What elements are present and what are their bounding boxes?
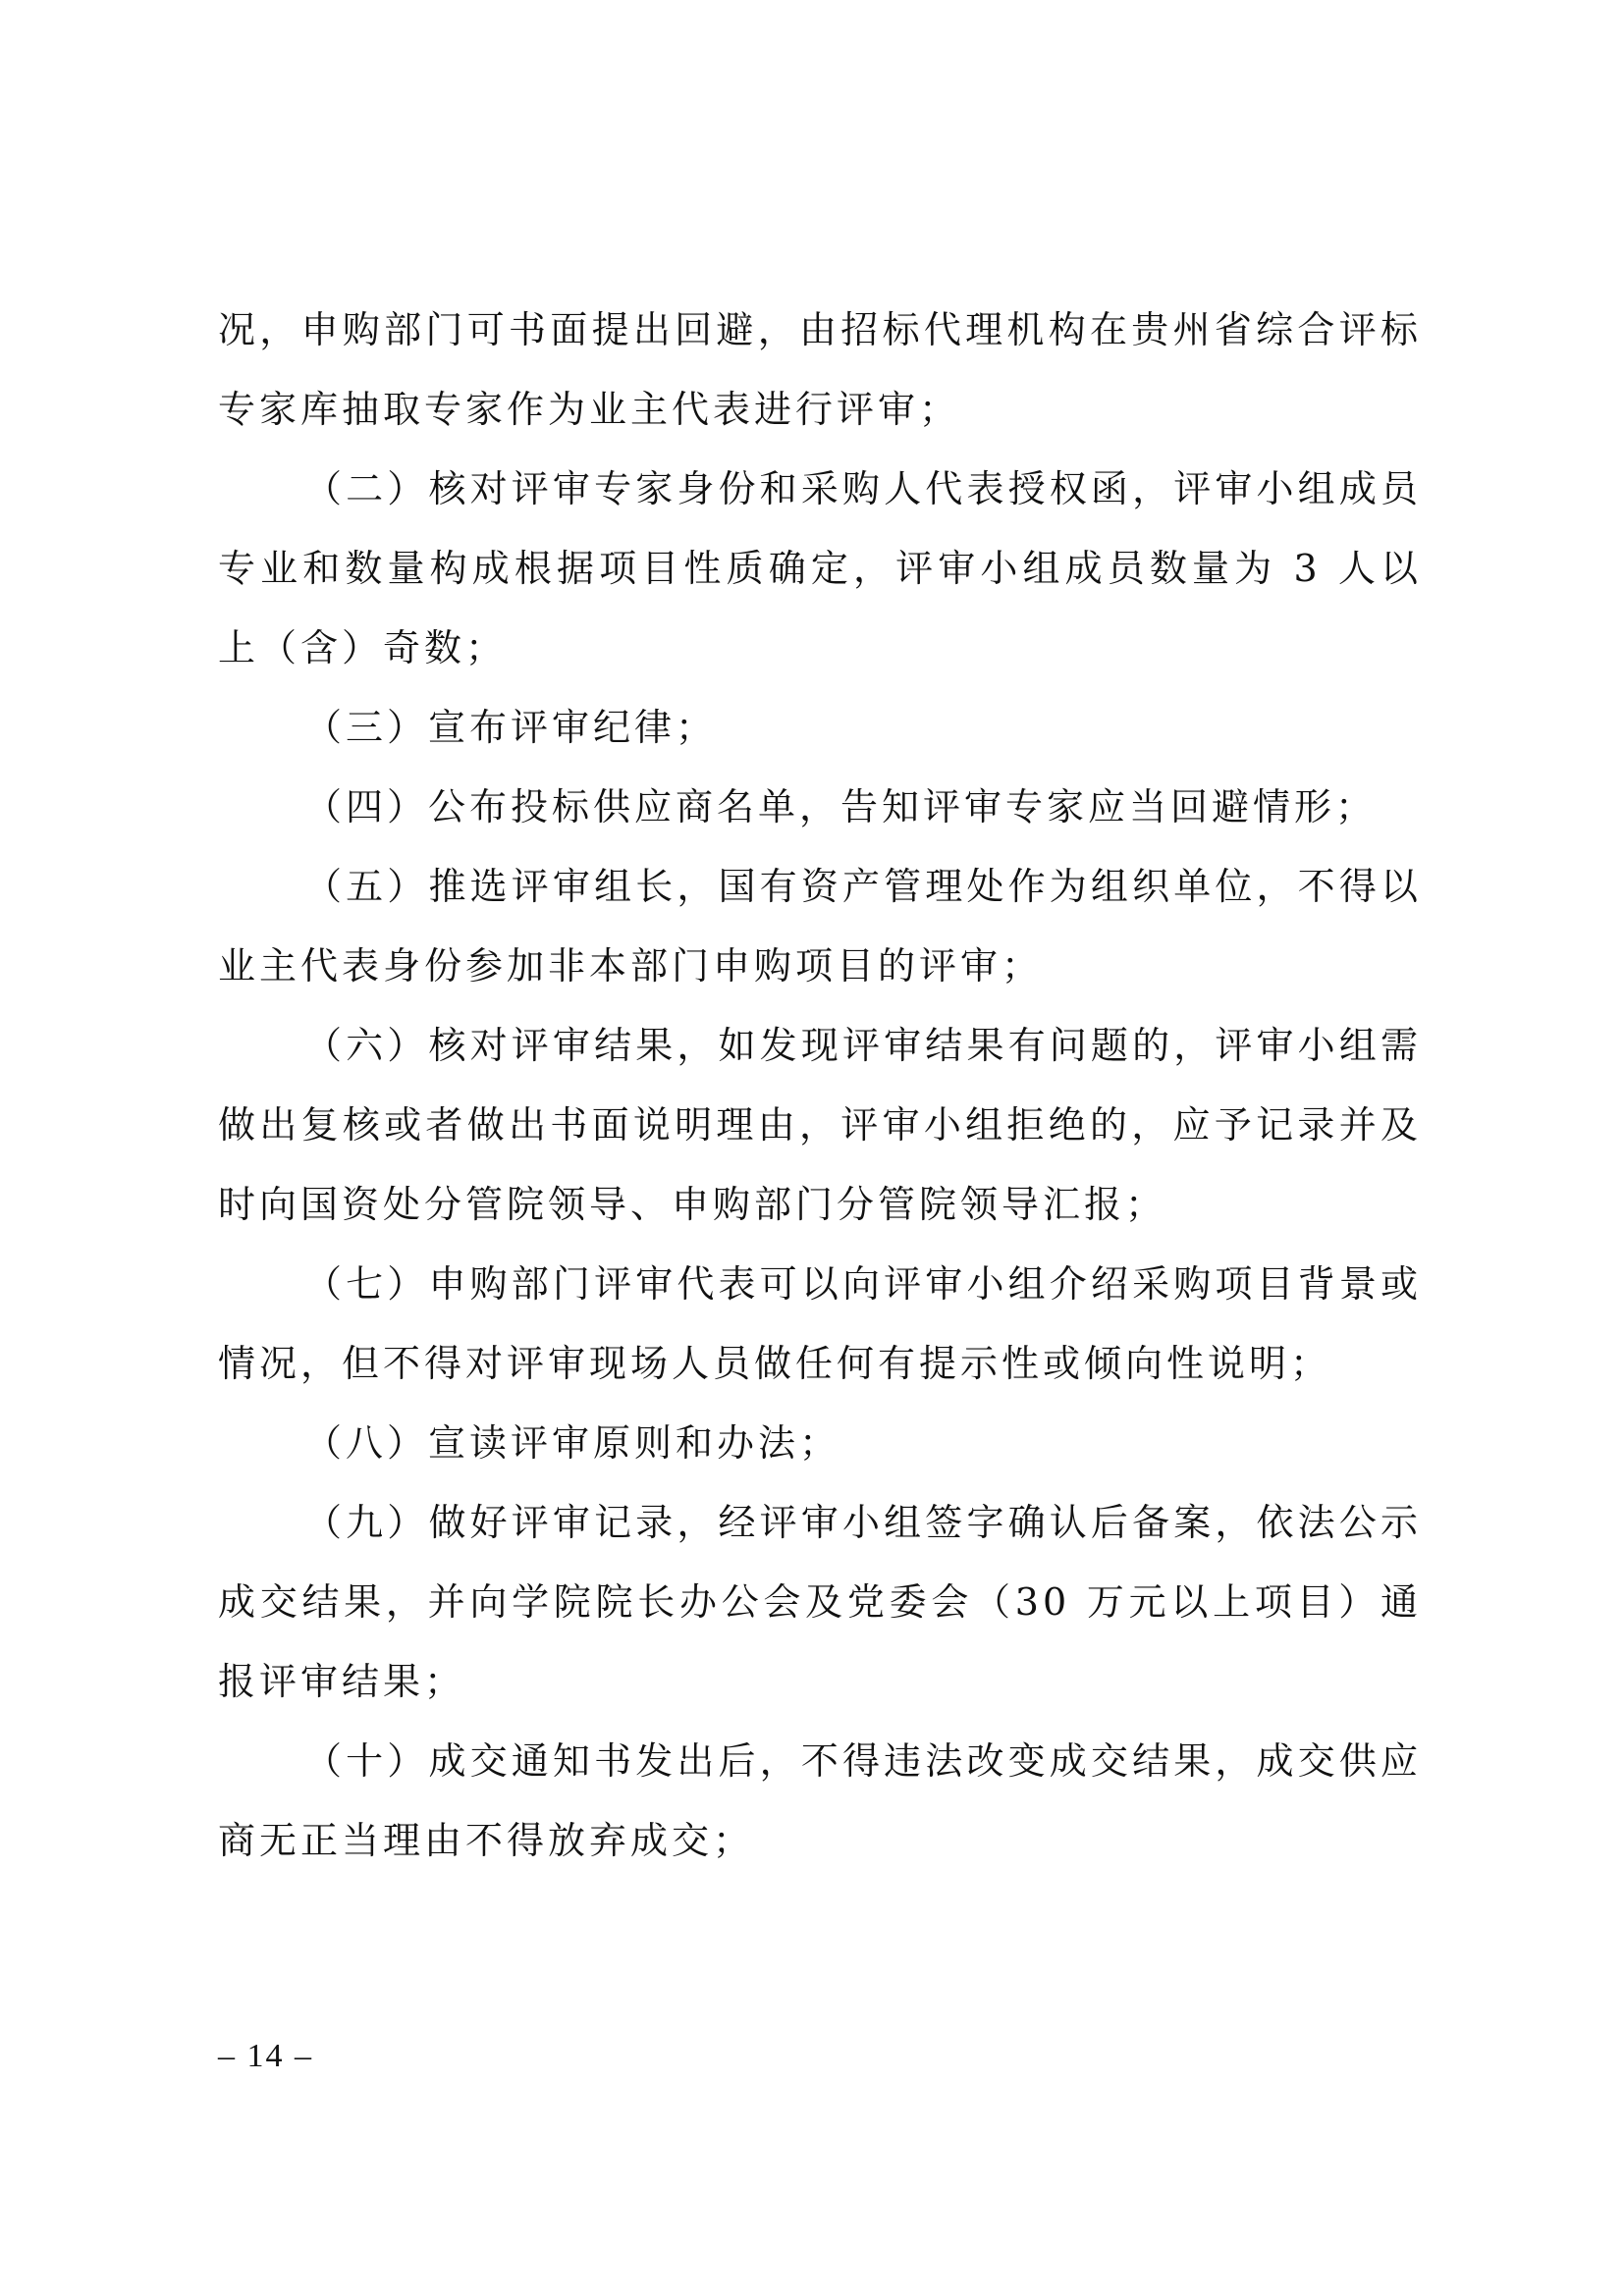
paragraph-continuation: 况，申购部门可书面提出回避，由招标代理机构在贵州省综合评标专家库抽取专家作为业主… xyxy=(218,291,1422,450)
paragraph-item-5: （五）推选评审组长，国有资产管理处作为组织单位，不得以业主代表身份参加非本部门申… xyxy=(218,847,1422,1006)
paragraph-item-10: （十）成交通知书发出后，不得违法改变成交结果，成交供应商无正当理由不得放弃成交； xyxy=(218,1722,1422,1881)
paragraph-item-4: （四）公布投标供应商名单，告知评审专家应当回避情形； xyxy=(218,768,1422,847)
document-page: 况，申购部门可书面提出回避，由招标代理机构在贵州省综合评标专家库抽取专家作为业主… xyxy=(0,0,1624,2296)
paragraph-item-7: （七）申购部门评审代表可以向评审小组介绍采购项目背景或情况，但不得对评审现场人员… xyxy=(218,1245,1422,1404)
paragraph-item-3: （三）宣布评审纪律； xyxy=(218,688,1422,768)
paragraph-item-9: （九）做好评审记录，经评审小组签字确认后备案，依法公示成交结果，并向学院院长办公… xyxy=(218,1483,1422,1722)
paragraph-item-6: （六）核对评审结果，如发现评审结果有问题的，评审小组需做出复核或者做出书面说明理… xyxy=(218,1006,1422,1245)
page-number: – 14 – xyxy=(218,2038,313,2075)
paragraph-item-2: （二）核对评审专家身份和采购人代表授权函，评审小组成员专业和数量构成根据项目性质… xyxy=(218,450,1422,688)
paragraph-item-8: （八）宣读评审原则和办法； xyxy=(218,1404,1422,1483)
body-text: 况，申购部门可书面提出回避，由招标代理机构在贵州省综合评标专家库抽取专家作为业主… xyxy=(218,291,1422,1881)
